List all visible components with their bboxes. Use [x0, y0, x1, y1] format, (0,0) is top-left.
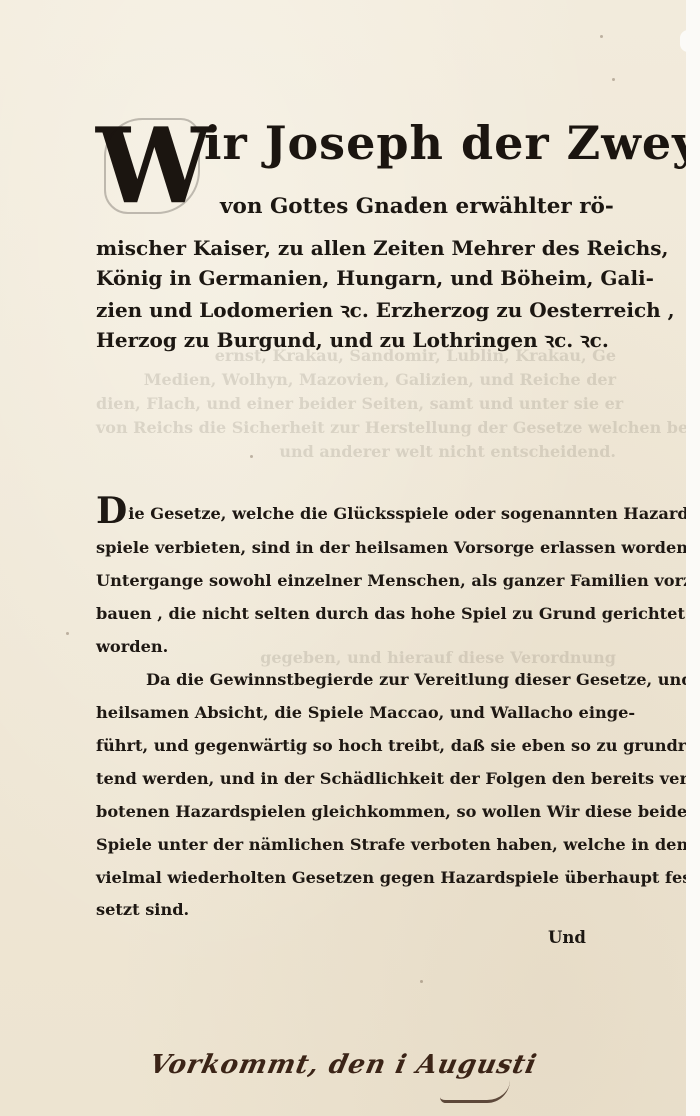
paragraph-2-line: heilsamen Absicht, die Spiele Maccao, un… — [96, 703, 604, 722]
heading-line: Herzog zu Burgund, und zu Lothringen ꝛc.… — [96, 326, 606, 353]
heading-line: König in Germanien, Hungarn, und Böheim,… — [96, 266, 606, 290]
bleed-through-line: dien, Flach, und einer beider Seiten, sa… — [96, 394, 616, 413]
line-text: ie Gesetze, welche die Glücksspiele oder… — [128, 504, 695, 523]
paragraph-1-line: bauen , die nicht selten durch das hohe … — [96, 604, 604, 623]
paragraph-1-line: worden. — [96, 637, 604, 656]
bleed-through-line: Medien, Wolhyn, Mazovien, Galizien, und … — [96, 370, 616, 389]
paper-speck — [420, 980, 423, 983]
paragraph-2-line: führt, und gegenwärtig so hoch treibt, d… — [96, 736, 604, 755]
bleed-through-line: von Reichs die Sicherheit zur Herstellun… — [96, 418, 616, 437]
paragraph-2-line: Spiele unter der nämlichen Strafe verbot… — [96, 835, 604, 854]
paragraph-1-line: Die Gesetze, welche die Glücksspiele ode… — [96, 503, 604, 523]
ornamental-initial-w: W — [96, 110, 208, 222]
paper-speck — [66, 632, 69, 635]
heading-line: mischer Kaiser, zu allen Zeiten Mehrer d… — [96, 236, 606, 260]
paper-speck — [600, 35, 603, 38]
paragraph-1-line: spiele verbieten, sind in der heilsamen … — [96, 538, 604, 557]
heading-line: zien und Lodomerien ꝛc. Erzherzog zu Oes… — [96, 296, 606, 323]
page-edge — [686, 0, 700, 1116]
paragraph-2-line: tend werden, und in der Schädlichkeit de… — [96, 769, 604, 788]
paper-speck — [612, 78, 615, 81]
paragraph-1-line: Untergange sowohl einzelner Menschen, al… — [96, 571, 604, 590]
drop-initial-d: D — [96, 490, 127, 532]
paragraph-2-line: setzt sind. — [96, 900, 604, 919]
paragraph-2-line: botenen Hazardspielen gleichkommen, so w… — [96, 802, 604, 821]
torn-edge-nick — [680, 30, 694, 52]
document-page: ernst, Krakau, Sandomir, Lublin, Krakau,… — [0, 0, 688, 1116]
heading-title: ir Joseph der Zweyte, — [204, 116, 700, 170]
handwriting-flourish — [440, 1080, 510, 1103]
paragraph-2-line: Da die Gewinnstbegierde zur Vereitlung d… — [96, 670, 604, 689]
paragraph-2-line: vielmal wiederholten Gesetzen gegen Haza… — [96, 868, 604, 887]
catchword: Und — [548, 928, 586, 947]
handwritten-note: Vorkommt, den i Augusti — [147, 1050, 540, 1080]
heading-line: von Gottes Gnaden erwählter rö- — [220, 194, 614, 219]
bleed-through-line: und anderer welt nicht entscheidend. — [96, 442, 616, 461]
